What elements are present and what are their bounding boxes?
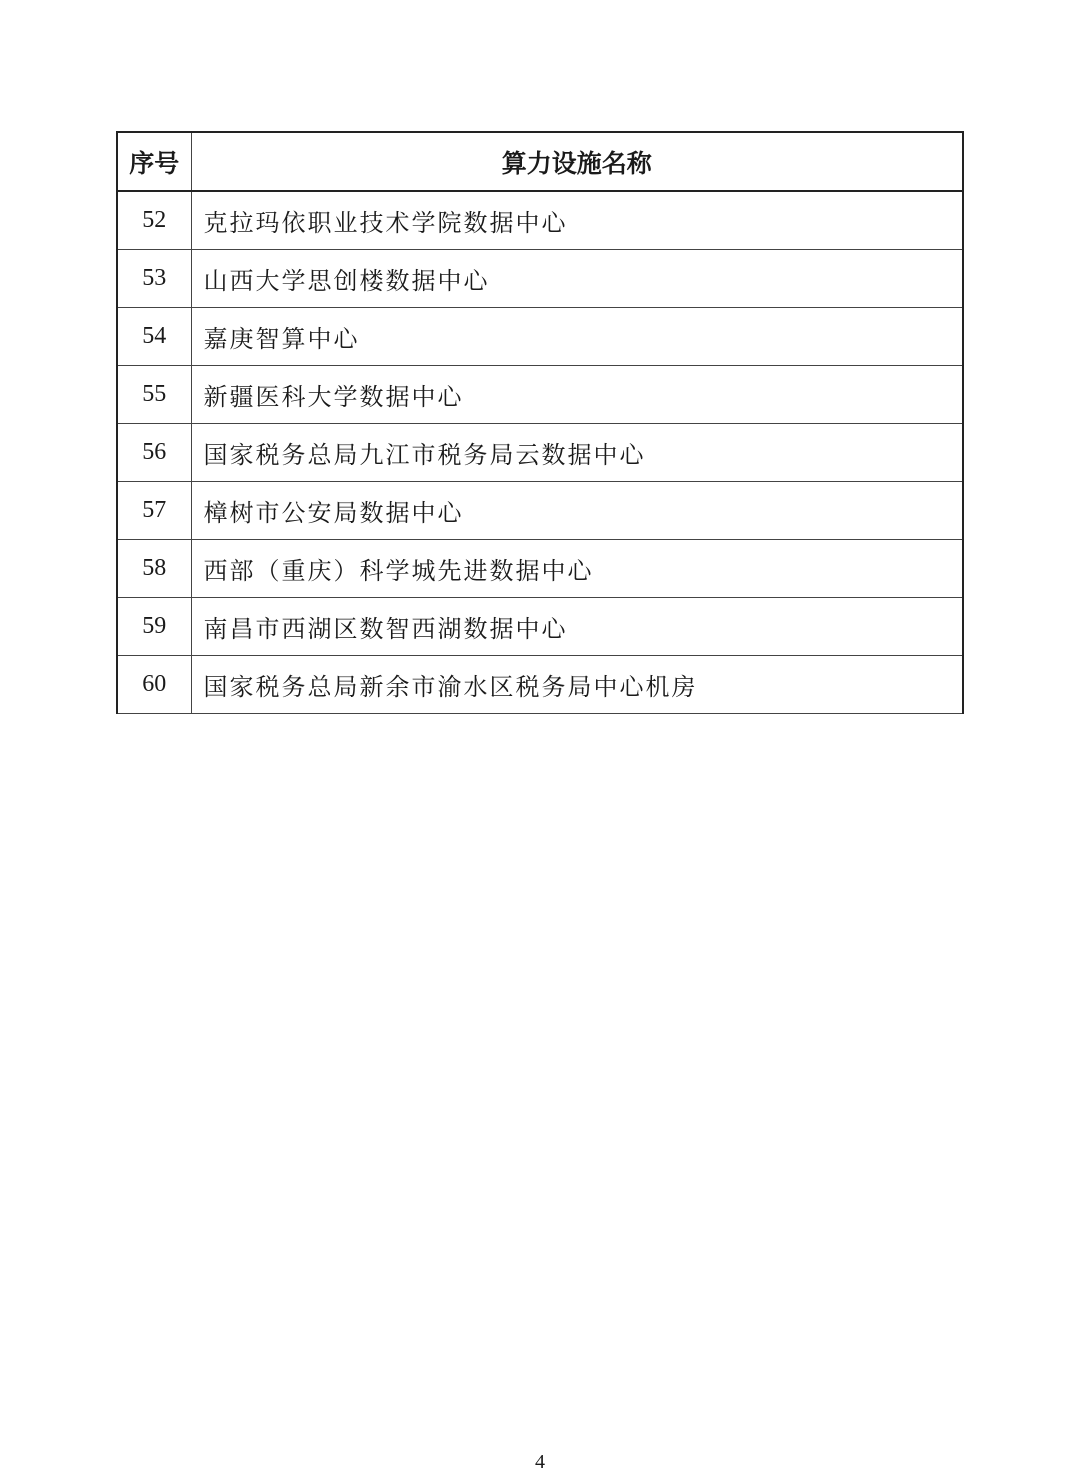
row-facility-name: 新疆医科大学数据中心 — [191, 366, 963, 424]
table-row: 53 山西大学思创楼数据中心 — [117, 250, 963, 308]
page-number: 4 — [0, 1451, 1080, 1474]
row-facility-name: 西部（重庆）科学城先进数据中心 — [191, 540, 963, 598]
row-facility-name: 嘉庚智算中心 — [191, 308, 963, 366]
row-facility-name: 国家税务总局新余市渝水区税务局中心机房 — [191, 656, 963, 714]
table-row: 54 嘉庚智算中心 — [117, 308, 963, 366]
table-row: 55 新疆医科大学数据中心 — [117, 366, 963, 424]
row-facility-name: 国家税务总局九江市税务局云数据中心 — [191, 424, 963, 482]
table-header-row: 序号 算力设施名称 — [117, 132, 963, 191]
table-row: 56 国家税务总局九江市税务局云数据中心 — [117, 424, 963, 482]
row-index: 59 — [117, 598, 191, 656]
row-index: 54 — [117, 308, 191, 366]
header-facility-name: 算力设施名称 — [191, 132, 963, 191]
row-index: 53 — [117, 250, 191, 308]
row-index: 55 — [117, 366, 191, 424]
row-facility-name: 克拉玛依职业技术学院数据中心 — [191, 191, 963, 250]
table-row: 60 国家税务总局新余市渝水区税务局中心机房 — [117, 656, 963, 714]
row-index: 56 — [117, 424, 191, 482]
table-row: 57 樟树市公安局数据中心 — [117, 482, 963, 540]
row-index: 58 — [117, 540, 191, 598]
row-index: 57 — [117, 482, 191, 540]
row-facility-name: 南昌市西湖区数智西湖数据中心 — [191, 598, 963, 656]
row-facility-name: 山西大学思创楼数据中心 — [191, 250, 963, 308]
row-facility-name: 樟树市公安局数据中心 — [191, 482, 963, 540]
facility-table: 序号 算力设施名称 52 克拉玛依职业技术学院数据中心 53 山西大学思创楼数据… — [116, 131, 964, 714]
table-row: 52 克拉玛依职业技术学院数据中心 — [117, 191, 963, 250]
header-index: 序号 — [117, 132, 191, 191]
table-row: 59 南昌市西湖区数智西湖数据中心 — [117, 598, 963, 656]
table-row: 58 西部（重庆）科学城先进数据中心 — [117, 540, 963, 598]
row-index: 52 — [117, 191, 191, 250]
row-index: 60 — [117, 656, 191, 714]
